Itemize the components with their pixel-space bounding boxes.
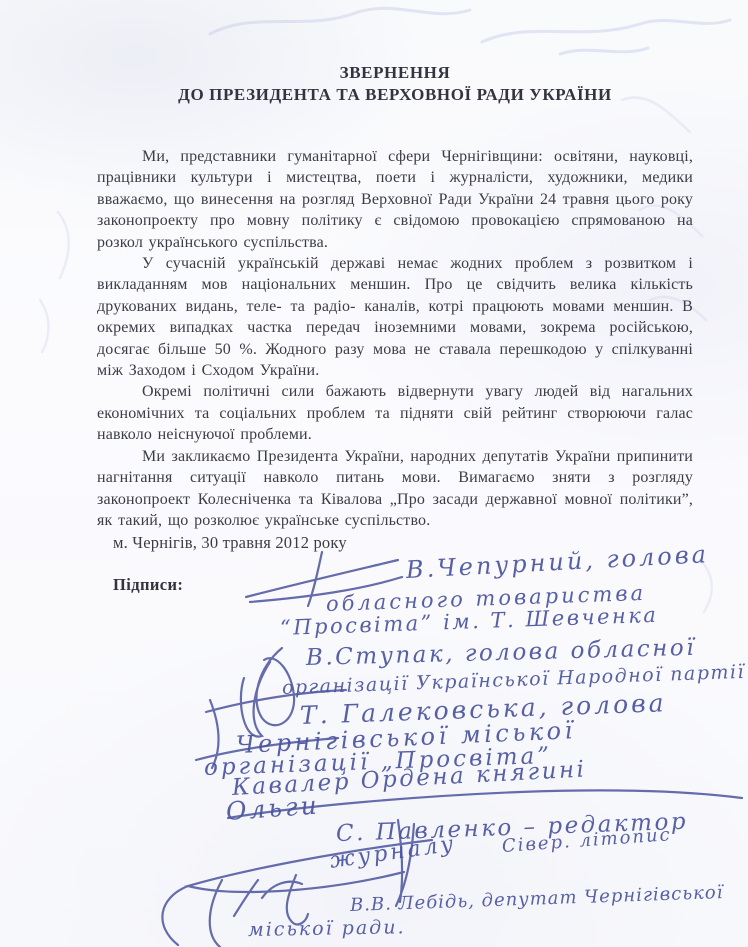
signatures-label: Підписи:	[113, 575, 183, 595]
body-paragraph-2: У сучасній українській державі немає жод…	[97, 253, 693, 381]
signature-line: В.Чепурний, голова	[405, 540, 709, 584]
title-line-2: ДО ПРЕЗИДЕНТА ТА ВЕРХОВНОЇ РАДИ УКРАЇНИ	[95, 84, 695, 106]
signature-line: Ольги	[225, 790, 321, 825]
body-paragraph-3: Окремі політичні сили бажають відвернути…	[97, 381, 693, 445]
scanned-petition-page: ЗВЕРНЕННЯ ДО ПРЕЗИДЕНТА ТА ВЕРХОВНОЇ РАД…	[0, 0, 748, 947]
document-body: Ми, представники гуманітарної сфери Черн…	[97, 146, 693, 531]
signature-line: В.В. Лебідь, депутат Чернігівської	[350, 882, 724, 916]
signature-line: міської ради.	[248, 916, 406, 941]
body-paragraph-4: Ми закликаємо Президента України, народн…	[97, 446, 693, 532]
date-line: м. Чернігів, 30 травня 2012 року	[113, 533, 347, 553]
body-paragraph-1: Ми, представники гуманітарної сфери Черн…	[97, 146, 693, 253]
document-title: ЗВЕРНЕННЯ ДО ПРЕЗИДЕНТА ТА ВЕРХОВНОЇ РАД…	[95, 62, 695, 106]
title-line-1: ЗВЕРНЕННЯ	[95, 62, 695, 84]
